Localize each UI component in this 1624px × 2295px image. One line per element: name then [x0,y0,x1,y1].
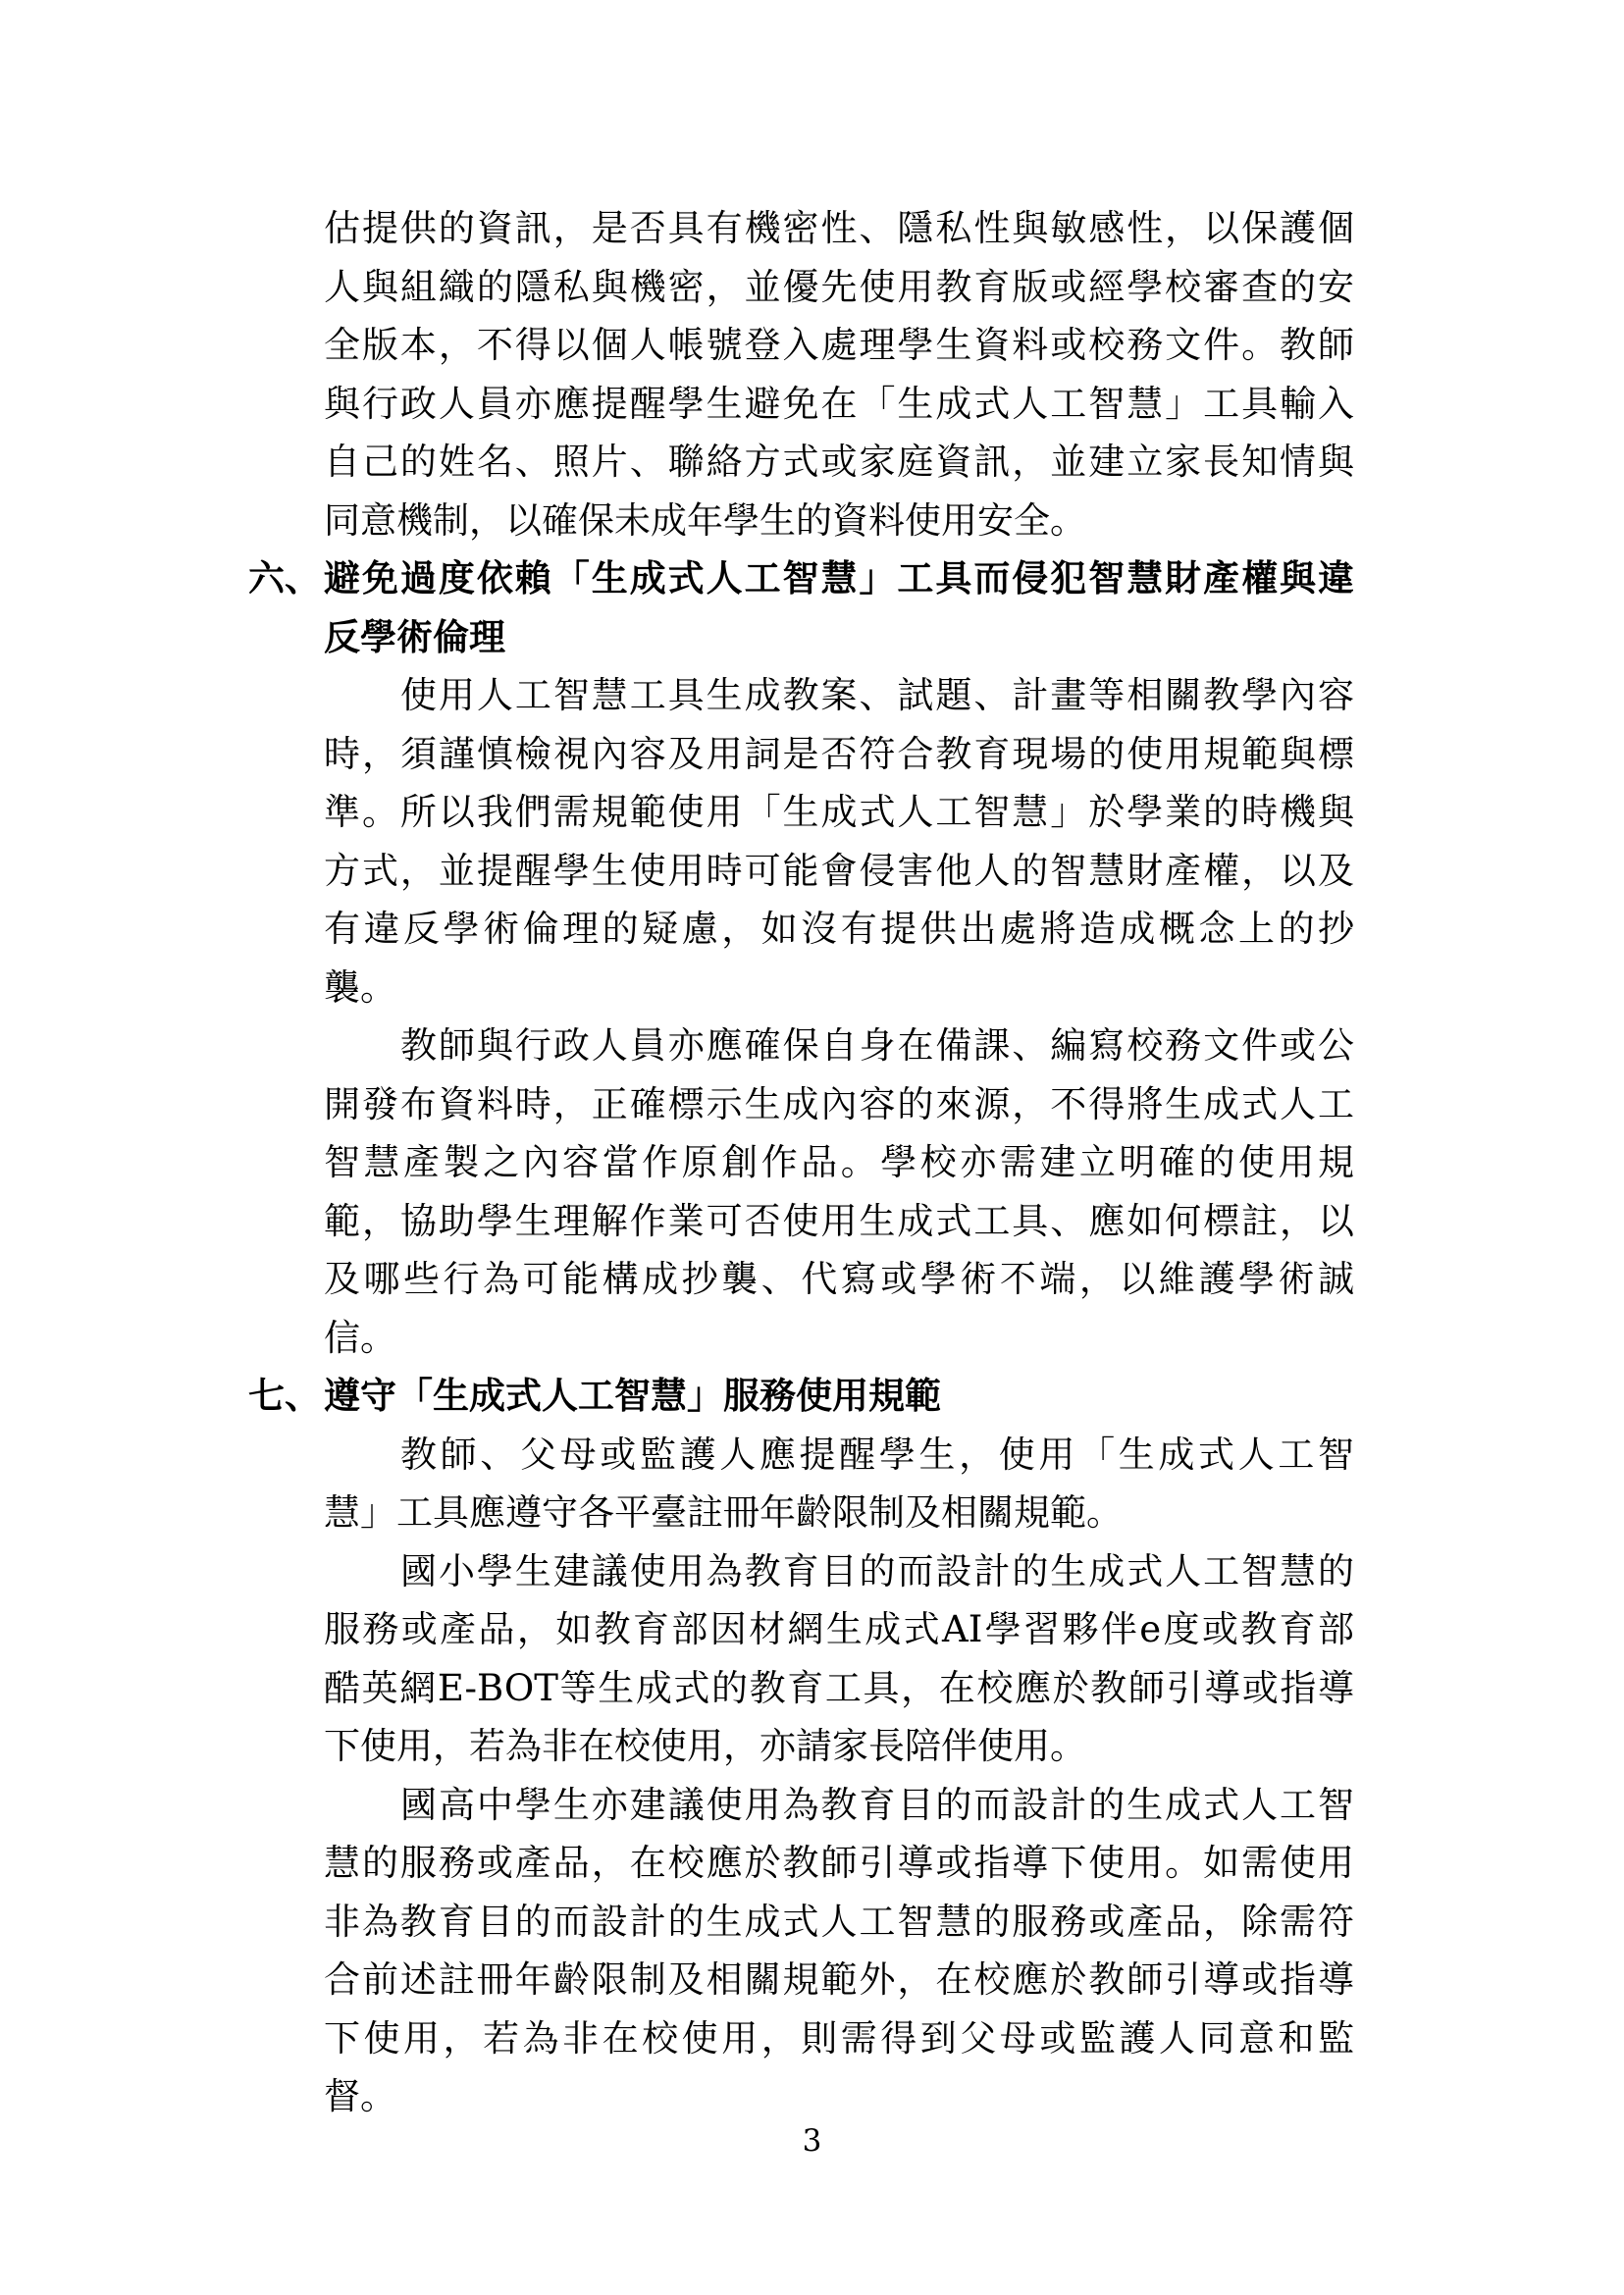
text-line: 慧」工具應遵守各平臺註冊年齡限制及相關規範。 [324,1484,1354,1542]
text-line: 方式，並提醒學生使用時可能會侵害他人的智慧財產權，以及 [324,842,1354,901]
section-number: 六、 [248,549,324,608]
text-line: 信。 [324,1309,1354,1368]
document-page: 估提供的資訊，是否具有機密性、隱私性與敏感性，以保護個人與組織的隱私與機密，並優… [0,0,1624,2295]
text-line: 智慧產製之內容當作原創作品。學校亦需建立明確的使用規 [324,1133,1354,1192]
text-line: 合前述註冊年齡限制及相關規範外，在校應於教師引導或指導 [324,1951,1354,2009]
text-line: 時，須謹慎檢視內容及用詞是否符合教育現場的使用規範與標 [324,725,1354,784]
heading-line: 反學術倫理 [324,608,1354,667]
text-line: 教師與行政人員亦應確保自身在備課、編寫校務文件或公 [324,1017,1354,1075]
paragraph: 教師、父母或監護人應提醒學生，使用「生成式人工智慧」工具應遵守各平臺註冊年齡限制… [324,1426,1354,1542]
text-line: 範，協助學生理解作業可否使用生成式工具、應如何標註，以 [324,1192,1354,1251]
text-line: 準。所以我們需規範使用「生成式人工智慧」於學業的時機與 [324,783,1354,842]
section-number: 七、 [248,1367,324,1426]
text-line: 教師、父母或監護人應提醒學生，使用「生成式人工智 [324,1426,1354,1485]
paragraph: 國小學生建議使用為教育目的而設計的生成式人工智慧的服務或產品，如教育部因材網生成… [324,1542,1354,1776]
text-line: 有違反學術倫理的疑慮，如沒有提供出處將造成概念上的抄 [324,900,1354,959]
text-line: 非為教育目的而設計的生成式人工智慧的服務或產品，除需符 [324,1893,1354,1952]
paragraph: 教師與行政人員亦應確保自身在備課、編寫校務文件或公開發布資料時，正確標示生成內容… [324,1017,1354,1367]
text-line: 開發布資料時，正確標示生成內容的來源，不得將生成式人工 [324,1075,1354,1134]
text-line: 同意機制，以確保未成年學生的資料使用安全。 [324,492,1354,550]
section-heading: 七、遵守「生成式人工智慧」服務使用規範 [324,1367,1354,1426]
document-body: 估提供的資訊，是否具有機密性、隱私性與敏感性，以保護個人與組織的隱私與機密，並優… [324,199,1354,2126]
text-line: 使用人工智慧工具生成教案、試題、計畫等相關教學內容 [324,666,1354,725]
text-line: 國高中學生亦建議使用為教育目的而設計的生成式人工智 [324,1776,1354,1835]
text-line: 及哪些行為可能構成抄襲、代寫或學術不端，以維護學術誠 [324,1250,1354,1309]
text-line: 與行政人員亦應提醒學生避免在「生成式人工智慧」工具輸入 [324,375,1354,434]
text-line: 服務或產品，如教育部因材網生成式AI學習夥伴e度或教育部 [324,1600,1354,1659]
paragraph: 國高中學生亦建議使用為教育目的而設計的生成式人工智慧的服務或產品，在校應於教師引… [324,1776,1354,2126]
text-line: 估提供的資訊，是否具有機密性、隱私性與敏感性，以保護個 [324,199,1354,258]
text-line: 全版本，不得以個人帳號登入處理學生資料或校務文件。教師 [324,316,1354,375]
section-heading: 六、避免過度依賴「生成式人工智慧」工具而侵犯智慧財產權與違反學術倫理 [324,549,1354,666]
page-number: 3 [0,2121,1624,2161]
text-line: 慧的服務或產品，在校應於教師引導或指導下使用。如需使用 [324,1834,1354,1893]
heading-line: 避免過度依賴「生成式人工智慧」工具而侵犯智慧財產權與違 [324,549,1354,608]
text-line: 酷英網E-BOT等生成式的教育工具，在校應於教師引導或指導 [324,1659,1354,1718]
heading-line: 遵守「生成式人工智慧」服務使用規範 [324,1367,1354,1426]
text-line: 自己的姓名、照片、聯絡方式或家庭資訊，並建立家長知情與 [324,433,1354,492]
text-line: 人與組織的隱私與機密，並優先使用教育版或經學校審查的安 [324,258,1354,317]
text-line: 下使用，若為非在校使用，則需得到父母或監護人同意和監 [324,2009,1354,2068]
text-line: 督。 [324,2067,1354,2126]
text-line: 下使用，若為非在校使用，亦請家長陪伴使用。 [324,1717,1354,1776]
text-line: 襲。 [324,959,1354,1017]
paragraph: 使用人工智慧工具生成教案、試題、計畫等相關教學內容時，須謹慎檢視內容及用詞是否符… [324,666,1354,1017]
paragraph: 估提供的資訊，是否具有機密性、隱私性與敏感性，以保護個人與組織的隱私與機密，並優… [324,199,1354,549]
text-line: 國小學生建議使用為教育目的而設計的生成式人工智慧的 [324,1542,1354,1601]
